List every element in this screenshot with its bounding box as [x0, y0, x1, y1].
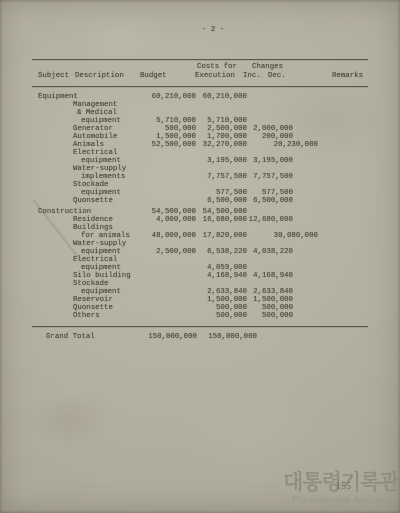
table-row: Electrical	[0, 256, 400, 264]
table-row: equipment3,195,0003,195,000	[0, 157, 400, 165]
cell-description: equipment	[81, 288, 121, 296]
cell-execution: 32,270,000	[167, 141, 247, 149]
table-row: Electrical	[0, 149, 400, 157]
table-row: Animals52,500,00032,270,00020,230,000	[0, 141, 400, 149]
cell-increase: 500,000	[213, 304, 293, 312]
cell-execution: 17,820,000	[167, 232, 247, 240]
header-subject: Subject	[38, 72, 69, 80]
table-row: equipment4,059,000	[0, 264, 400, 272]
cell-description: Others	[73, 312, 100, 320]
cell-description: Silo building	[73, 272, 131, 280]
scanned-document-page: - 2 - Costs for Changes Subject Descript…	[0, 0, 400, 513]
table-row: Equipment60,210,00060,210,000	[0, 93, 400, 101]
cell-increase: 4,038,220	[213, 248, 293, 256]
cell-description: Reservoir	[73, 296, 113, 304]
cell-description: equipment	[81, 189, 121, 197]
table-row: for animals48,000,00017,820,00030,080,00…	[0, 232, 400, 240]
cell-increase: 2,633,840	[213, 288, 293, 296]
grand-total-rule	[32, 326, 368, 327]
table-row: equipment577,500577,500	[0, 189, 400, 197]
cell-description: Buildings	[73, 224, 113, 232]
cell-description: Stockade	[73, 181, 108, 189]
cell-increase: 500,000	[213, 312, 293, 320]
cell-increase: 3,195,000	[213, 157, 293, 165]
table-row: Generator500,0002,500,0002,000,000	[0, 125, 400, 133]
cell-description: Quonsette	[73, 304, 113, 312]
grand-total-label: Grand Total	[46, 333, 95, 341]
header-budget: Budget	[140, 72, 167, 80]
cell-description: Automobile	[73, 133, 117, 141]
table-row: Residence4,000,00016,680,00012,680,000	[0, 216, 400, 224]
table-row: Quonsette500,000500,000	[0, 304, 400, 312]
cell-description: Electrical	[73, 149, 117, 157]
table-top-rule	[32, 59, 368, 60]
cell-subject: Construction	[38, 208, 91, 216]
table-header-rule	[32, 86, 368, 87]
cell-increase: 6,500,000	[213, 197, 293, 205]
cell-increase: 577,500	[213, 189, 293, 197]
table-row: Silo building4,168,9404,168,940	[0, 272, 400, 280]
table-row: Others500,000500,000	[0, 312, 400, 320]
grand-total-execution: 150,000,000	[177, 333, 257, 341]
cell-description: Management	[73, 101, 117, 109]
header-costs-for: Costs for	[197, 63, 237, 71]
archive-page-stamp-number: 155	[336, 481, 351, 492]
cell-decrease: 20,230,000	[238, 141, 318, 149]
table-row: Construction54,500,00054,500,000	[0, 208, 400, 216]
table-row: Buildings	[0, 224, 400, 232]
cell-decrease: 30,080,000	[238, 232, 318, 240]
header-dec: Dec.	[268, 72, 286, 80]
cell-description: Water-supply	[73, 165, 126, 173]
header-remarks: Remarks	[332, 72, 363, 80]
cell-execution: 54,500,000	[167, 208, 247, 216]
table-body: Equipment60,210,00060,210,000Management&…	[0, 93, 400, 320]
table-row: Stockade	[0, 280, 400, 288]
cell-execution: 5,710,000	[167, 117, 247, 125]
cell-execution: 4,059,000	[167, 264, 247, 272]
cell-description: Water-supply	[73, 240, 126, 248]
cell-description: implements	[81, 173, 125, 181]
cell-description: equipment	[81, 248, 121, 256]
cell-increase: 4,168,940	[213, 272, 293, 280]
cell-increase: 2,000,000	[213, 125, 293, 133]
table-row: Water-supply	[0, 240, 400, 248]
header-execution: Execution	[195, 72, 235, 80]
cell-increase: 12,680,000	[213, 216, 293, 224]
cell-description: equipment	[81, 264, 121, 272]
cell-subject: Equipment	[38, 93, 78, 101]
cell-description: Residence	[73, 216, 113, 224]
cell-description: equipment	[81, 117, 121, 125]
table-row: Water-supply	[0, 165, 400, 173]
cell-increase: 200,000	[213, 133, 293, 141]
archives-watermark-english: Presidential Archives	[292, 494, 396, 506]
cell-description: Stockade	[73, 280, 108, 288]
cell-execution: 60,210,000	[167, 93, 247, 101]
table-row: equipment2,500,0006,538,2204,038,220	[0, 248, 400, 256]
cell-description: Animals	[73, 141, 104, 149]
cell-description: Quonsette	[73, 197, 113, 205]
table-row: Stockade	[0, 181, 400, 189]
header-inc: Inc.	[243, 72, 261, 80]
table-row: Reservoir1,500,0001,500,000	[0, 296, 400, 304]
header-changes: Changes	[252, 63, 283, 71]
table-row: implements7,757,5007,757,500	[0, 173, 400, 181]
table-row: Management	[0, 101, 400, 109]
table-row: & Medical	[0, 109, 400, 117]
cell-increase: 1,500,000	[213, 296, 293, 304]
cell-description: & Medical	[77, 109, 117, 117]
page-number: - 2 -	[202, 26, 224, 34]
table-row: Automobile1,500,0001,700,000200,000	[0, 133, 400, 141]
table-row: equipment2,633,8402,633,840	[0, 288, 400, 296]
cell-description: Generator	[73, 125, 113, 133]
table-row: equipment5,710,0005,710,000	[0, 117, 400, 125]
cell-description: equipment	[81, 157, 121, 165]
cell-description: Electrical	[73, 256, 117, 264]
table-row: Quonsette6,500,0006,500,000	[0, 197, 400, 205]
header-description: Description	[75, 72, 124, 80]
cell-increase: 7,757,500	[213, 173, 293, 181]
